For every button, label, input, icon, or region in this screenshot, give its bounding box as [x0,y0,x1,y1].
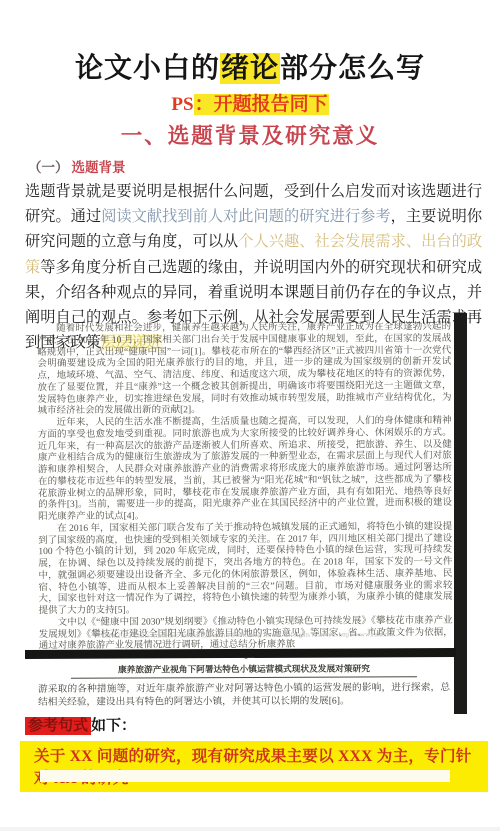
reference-tag: 参考句式 [25,717,91,735]
subtitle-highlight: ：开题报告同下 [194,94,329,115]
paper-paragraph: 近年来，人民的生活水准不断提高，生活质量也随之提高，可以发现，人们的身体健康和精… [38,416,453,524]
subsection-heading: （一）选题背景 [28,156,126,176]
paper-paragraph: 在 2016 年，国家相关部门联合发布了关于推动特色城镇发展的正式通知，将特色小… [38,522,452,618]
article-page: 论文小白的绪论部分怎么写 PS：开题报告同下 一、选题背景及研究意义 （一）选题… [0,0,500,831]
title-post: 部分怎么写 [280,53,425,84]
title-highlight: 绪论 [220,53,280,84]
title-pre: 论文小白的 [75,53,220,84]
subsection-number: （一） [28,160,69,175]
screenshot-divider-bar [25,648,456,659]
section-heading: 一、选题背景及研究意义 [0,119,500,150]
paper-paragraph: 随着时代发展和社会进步，健康养生越来越为人民所关注，康养产业正成为在全球蓬勃兴起… [37,322,451,418]
reference-suffix: 如下： [91,718,136,734]
bottom-edge-line [0,827,500,831]
faded-highlight-strip [40,770,450,782]
page-title: 论文小白的绪论部分怎么写 [0,46,500,86]
subsection-label: 选题背景 [72,160,126,175]
reference-row: 参考句式如下： [25,714,136,735]
paper-2-body: 游采取的各种措施等，对近年康养旅游产业对阿署达特色小镇的运营发展的影响，进行探索… [38,681,450,709]
paper-2-running-header: 康养旅游产业视角下阿署达特色小镇运营模式现状及发展对策研究 [71,662,417,679]
example-sentence: 关于 XX 问题的研究，现有研究成果主要以 XXX 为主，专门针对 XX 的研究 [20,741,488,792]
paper-screenshot-1: 随着时代发展和社会进步，健康养生越来越为人民所关注，康养产业正成为在全球蓬勃兴起… [37,322,453,665]
subtitle-pre: PS [171,94,193,115]
paper-1-paragraphs: 随着时代发展和社会进步，健康养生越来越为人民所关注，康养产业正成为在全球蓬勃兴起… [37,322,453,653]
text-segment: 阅读文献找到前人对此问题的研究进行参考 [101,208,390,225]
subtitle: PS：开题报告同下 [0,89,500,116]
paper-screenshot-2: 康养旅游产业视角下阿署达特色小镇运营模式现状及发展对策研究 游采取的各种措施等，… [38,662,450,709]
